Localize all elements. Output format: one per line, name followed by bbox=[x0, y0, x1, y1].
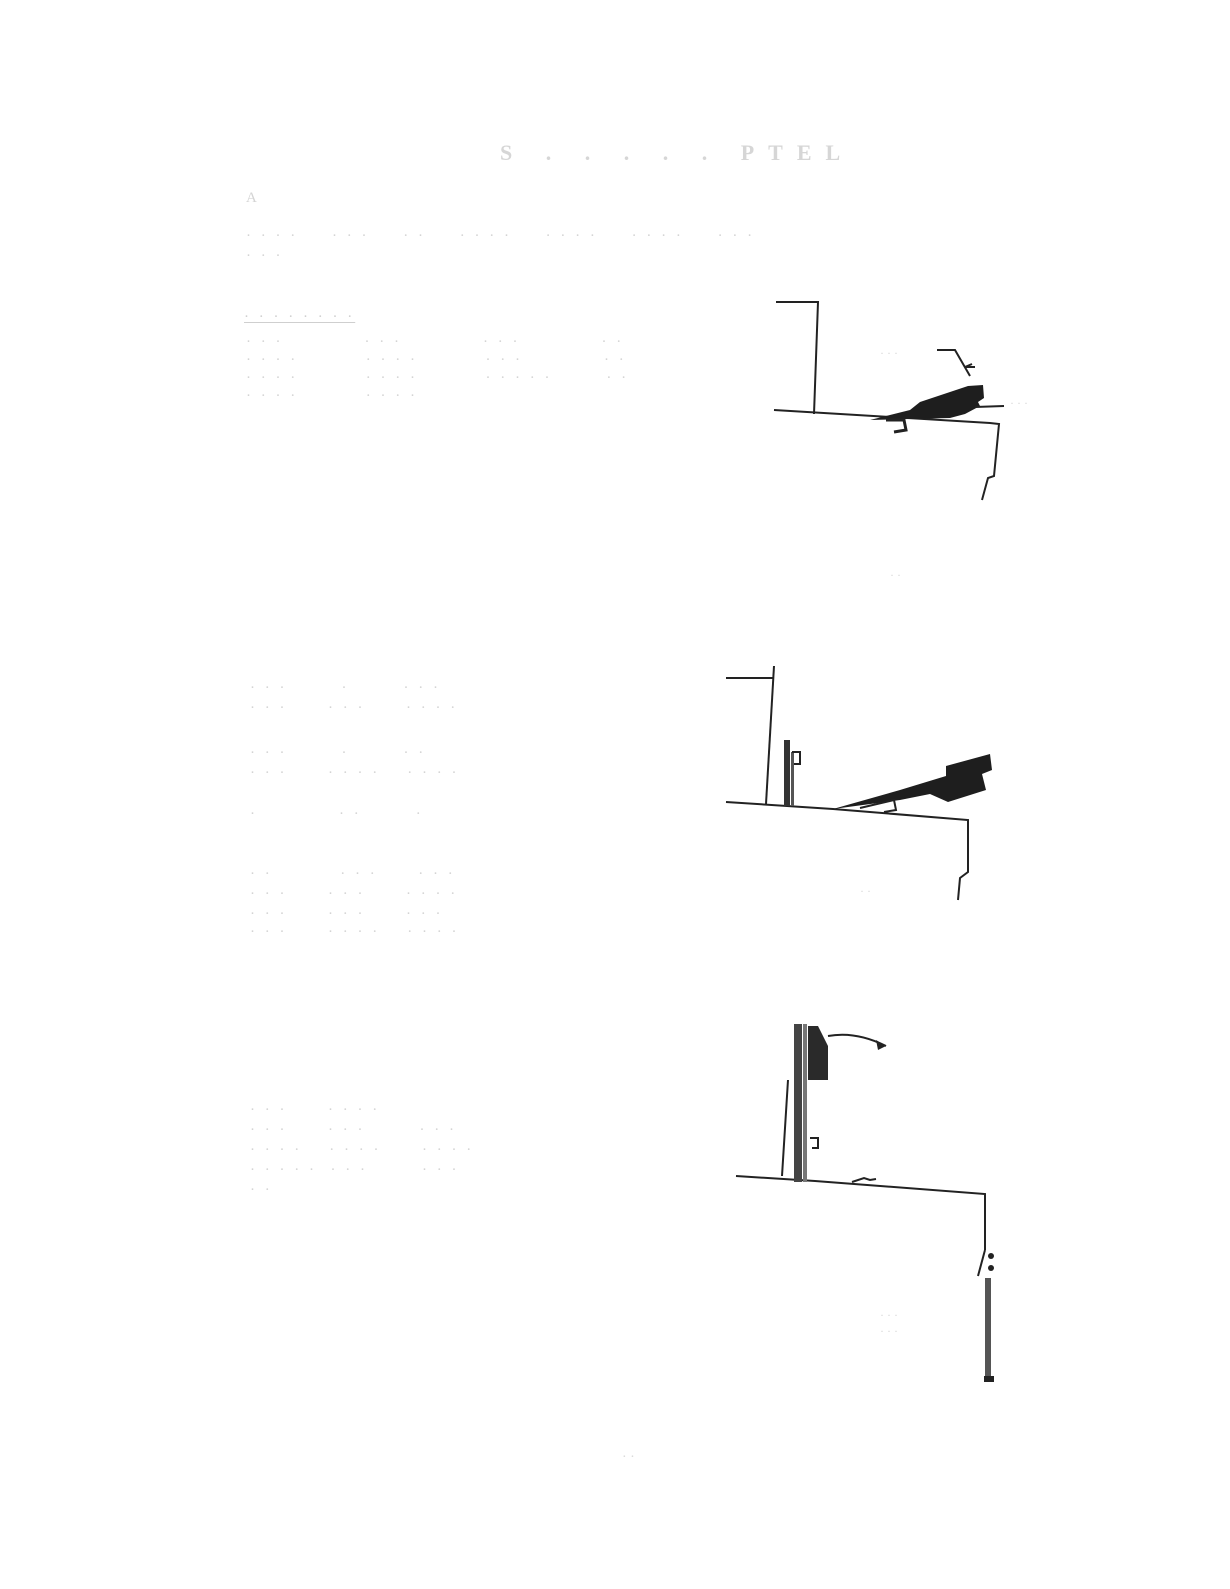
figure-label: · · · bbox=[1010, 396, 1028, 411]
paragraph-line: · · · · · · · · bbox=[246, 388, 418, 405]
paragraph-line: · · · · · · · · · · · bbox=[246, 334, 624, 351]
paragraph-line: · · · · · · · · · · bbox=[250, 700, 458, 717]
figure-1-diagram bbox=[760, 290, 1080, 610]
page-number: · · bbox=[622, 1450, 635, 1466]
figure-2-diagram bbox=[700, 630, 1020, 910]
paragraph-line: · · · · · · · bbox=[250, 1102, 380, 1119]
paragraph-line: · · · · · · · · · bbox=[250, 1122, 457, 1139]
paragraph-line: · · · · · · · · · · · bbox=[250, 765, 459, 782]
intro-line: · · · bbox=[246, 248, 284, 265]
paragraph-line: · · · · · · · · · bbox=[250, 906, 443, 923]
paragraph-line: · · · · bbox=[250, 806, 424, 823]
intro-line: · · · · · · · · · · · · · · · · · · · · … bbox=[246, 228, 755, 245]
paragraph-line: · · · · · · · · · · · · bbox=[250, 1142, 474, 1159]
paragraph-line: · · · · · · · · bbox=[250, 866, 456, 883]
section-marker: A bbox=[246, 190, 260, 207]
figure-label: · · bbox=[860, 884, 871, 899]
figure-label: · · · bbox=[880, 1308, 898, 1323]
paragraph-line: · · · · · · · · · · · bbox=[250, 1162, 459, 1179]
figure-3-diagram bbox=[720, 1000, 1020, 1390]
paragraph-line: · · · · · · bbox=[250, 745, 426, 762]
paragraph-line: · · · · · · · · · · · · · bbox=[246, 352, 627, 369]
paragraph-line: · · · · · · · · · · · · · · · bbox=[246, 370, 629, 387]
page-title: S . . . . . PTEL bbox=[500, 140, 854, 166]
paragraph-line: · · bbox=[250, 1182, 273, 1199]
paragraph-line: · · · · · · · · · · · bbox=[250, 924, 459, 941]
paragraph-line: · · · · · · · · · · bbox=[250, 886, 458, 903]
section-heading: · · · · · · · · bbox=[244, 309, 355, 326]
figure-label: · · · bbox=[880, 346, 898, 361]
figure-label: · · bbox=[890, 568, 901, 583]
figure-label: · · · bbox=[880, 1324, 898, 1339]
paragraph-line: · · · · · · · bbox=[250, 680, 441, 697]
